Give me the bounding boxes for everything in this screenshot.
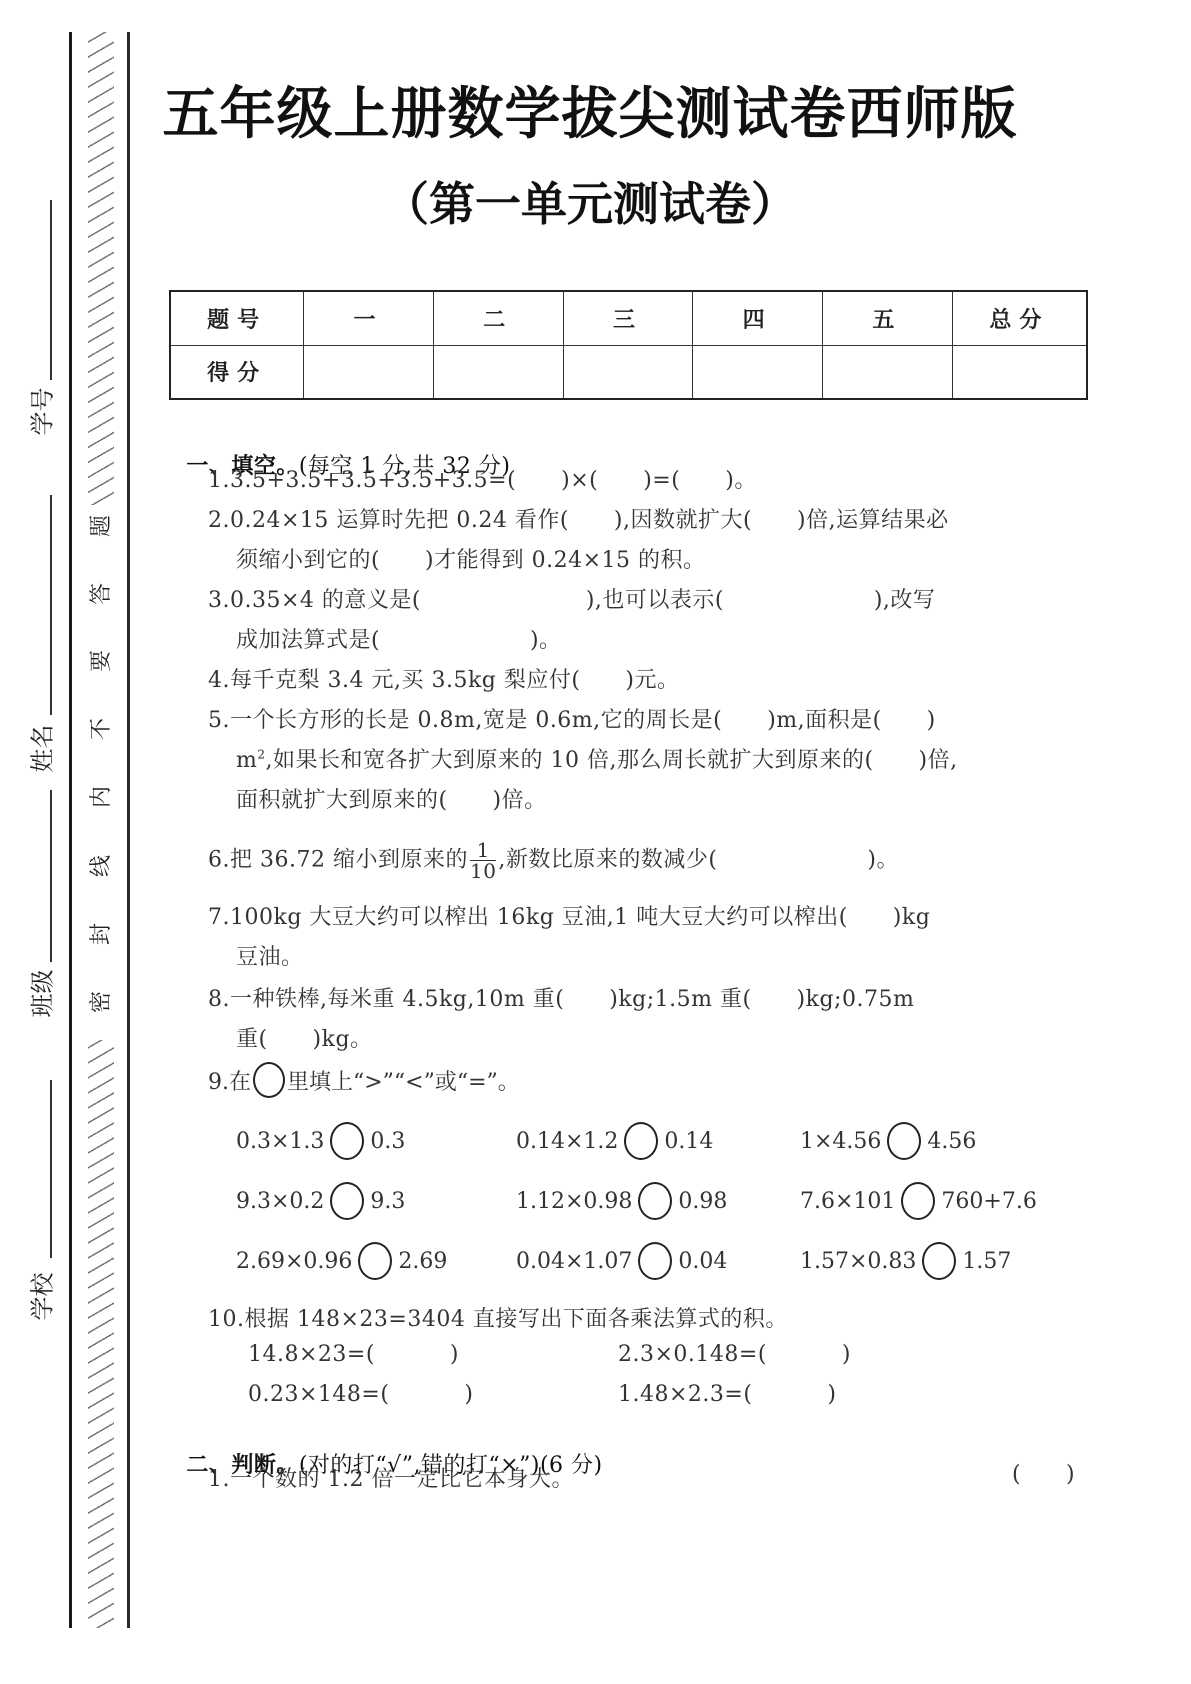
question-5-line3: 面积就扩大到原来的( )倍。: [236, 783, 547, 814]
comparison-left: 1×4.56: [800, 1129, 881, 1154]
answer-circle[interactable]: [901, 1182, 935, 1220]
class-line[interactable]: [50, 790, 52, 962]
question-5-line2-text: ,如果长和宽各扩大到原来的 10 倍,那么周长就扩大到原来的( )倍,: [266, 748, 958, 773]
column-header: 三: [563, 291, 693, 345]
comparison-left: 0.04×1.07: [516, 1249, 632, 1274]
column-header: 一: [304, 291, 434, 345]
seal-char: 要: [88, 647, 116, 675]
fraction-one-tenth: 110: [470, 840, 496, 881]
answer-circle[interactable]: [638, 1182, 672, 1220]
seal-char: 线: [88, 852, 116, 880]
comparison-item: 1.12×0.980.98: [516, 1182, 727, 1220]
circle-icon: [253, 1062, 285, 1098]
comparison-right: 760+7.6: [941, 1189, 1036, 1214]
page-subtitle: （第一单元测试卷）: [150, 168, 1030, 234]
score-cell[interactable]: [433, 345, 563, 399]
question-5-line1: 5.一个长方形的长是 0.8m,宽是 0.6m,它的周长是( )m,面积是( ): [208, 703, 936, 734]
binding-line-inner: [127, 32, 130, 1628]
comparison-item: 9.3×0.29.3: [236, 1182, 405, 1220]
comparison-right: 1.57: [962, 1249, 1011, 1274]
question-8-line2: 重( )kg。: [236, 1022, 373, 1053]
question-1: 1.3.5+3.5+3.5+3.5+3.5=( )×( )=( )。: [208, 463, 757, 494]
comparison-item: 1×4.564.56: [800, 1122, 976, 1160]
comparison-item: 0.3×1.30.3: [236, 1122, 405, 1160]
answer-circle[interactable]: [922, 1242, 956, 1280]
comparison-item: 0.04×1.070.04: [516, 1242, 727, 1280]
product-item: 2.3×0.148=( ): [618, 1342, 851, 1367]
answer-circle[interactable]: [887, 1122, 921, 1160]
class-label: 班级: [23, 978, 58, 1018]
column-header: 二: [433, 291, 563, 345]
question-9-pre: 9.在: [208, 1065, 251, 1096]
comparison-right: 9.3: [370, 1189, 405, 1214]
question-6-post: ,新数比原来的数减少( )。: [498, 848, 899, 873]
product-item: 1.48×2.3=( ): [618, 1382, 836, 1407]
answer-circle[interactable]: [330, 1122, 364, 1160]
unit-exponent: 2: [257, 748, 265, 762]
unit-m: m: [236, 748, 257, 773]
question-9: 9.在里填上“>”“<”或“=”。: [208, 1062, 520, 1098]
question-2-line1: 2.0.24×15 运算时先把 0.24 看作( ),因数就扩大( )倍,运算结…: [208, 503, 949, 534]
score-cell[interactable]: [563, 345, 693, 399]
question-6: 6.把 36.72 缩小到原来的110,新数比原来的数减少( )。: [208, 840, 899, 881]
seal-char: 题: [88, 512, 116, 540]
school-line[interactable]: [50, 1080, 52, 1258]
answer-circle[interactable]: [624, 1122, 658, 1160]
header-label-cell: 题号: [170, 291, 304, 345]
comparison-right: 0.14: [664, 1129, 713, 1154]
score-cell[interactable]: [304, 345, 434, 399]
comparison-left: 1.12×0.98: [516, 1189, 632, 1214]
comparison-right: 4.56: [927, 1129, 976, 1154]
comparison-right: 0.3: [370, 1129, 405, 1154]
seal-char: 不: [88, 715, 116, 743]
answer-circle[interactable]: [330, 1182, 364, 1220]
column-header: 四: [693, 291, 823, 345]
comparison-right: 2.69: [398, 1249, 447, 1274]
comparison-item: 1.57×0.831.57: [800, 1242, 1011, 1280]
question-4: 4.每千克梨 3.4 元,买 3.5kg 梨应付( )元。: [208, 663, 679, 694]
score-table-header-row: 题号 一 二 三 四 五 总分: [170, 291, 1087, 345]
student-number-label: 学号: [23, 396, 58, 436]
question-6-pre: 6.把 36.72 缩小到原来的: [208, 848, 468, 873]
score-table-score-row: 得分: [170, 345, 1087, 399]
name-line[interactable]: [50, 495, 52, 715]
row-label-cell: 得分: [170, 345, 304, 399]
score-cell[interactable]: [823, 345, 953, 399]
question-2-line2: 须缩小到它的( )才能得到 0.24×15 的积。: [236, 543, 706, 574]
comparison-item: 2.69×0.962.69: [236, 1242, 447, 1280]
comparison-left: 0.3×1.3: [236, 1129, 324, 1154]
judge-question-1: 1.一个数的 1.2 倍一定比它本身大。: [208, 1462, 574, 1493]
page-title: 五年级上册数学拔尖测试卷西师版: [150, 70, 1030, 150]
seal-char: 内: [88, 783, 116, 811]
score-cell[interactable]: [693, 345, 823, 399]
comparison-item: 7.6×101760+7.6: [800, 1182, 1037, 1220]
binding-line-outer: [69, 32, 72, 1628]
student-number-line[interactable]: [50, 200, 52, 380]
school-label: 学校: [23, 1281, 58, 1321]
comparison-item: 0.14×1.20.14: [516, 1122, 713, 1160]
score-cell[interactable]: [952, 345, 1087, 399]
question-7-line2: 豆油。: [236, 940, 304, 971]
fraction-numerator: 1: [470, 840, 496, 861]
column-header: 五: [823, 291, 953, 345]
question-3-line1: 3.0.35×4 的意义是( ),也可以表示( ),改写: [208, 583, 935, 614]
comparison-left: 9.3×0.2: [236, 1189, 324, 1214]
comparison-right: 0.98: [678, 1189, 727, 1214]
binding-margin: 题 答 要 不 内 线 封 密 学号 姓名 班级 学校: [0, 0, 140, 1684]
product-item: 14.8×23=( ): [248, 1342, 459, 1367]
comparison-right: 0.04: [678, 1249, 727, 1274]
comparison-left: 7.6×101: [800, 1189, 895, 1214]
score-table: 题号 一 二 三 四 五 总分 得分: [169, 290, 1088, 400]
product-item: 0.23×148=( ): [248, 1382, 473, 1407]
answer-circle[interactable]: [638, 1242, 672, 1280]
seal-char: 封: [88, 920, 116, 948]
name-label: 姓名: [23, 733, 58, 773]
answer-circle[interactable]: [358, 1242, 392, 1280]
question-7-line1: 7.100kg 大豆大约可以榨出 16kg 豆油,1 吨大豆大约可以榨出( )k…: [208, 900, 930, 931]
question-5-line2: m2,如果长和宽各扩大到原来的 10 倍,那么周长就扩大到原来的( )倍,: [236, 743, 958, 774]
question-8-line1: 8.一种铁棒,每米重 4.5kg,10m 重( )kg;1.5m 重( )kg;…: [208, 982, 914, 1013]
question-3-line2: 成加法算式是( )。: [236, 623, 562, 654]
comparison-left: 0.14×1.2: [516, 1129, 618, 1154]
comparison-left: 1.57×0.83: [800, 1249, 916, 1274]
seal-char: 答: [88, 580, 116, 608]
question-9-post: 里填上“>”“<”或“=”。: [287, 1065, 520, 1096]
judge-answer-blank[interactable]: ( ): [1012, 1462, 1075, 1487]
seal-char: 密: [88, 988, 116, 1016]
question-10: 10.根据 148×23=3404 直接写出下面各乘法算式的积。: [208, 1302, 788, 1333]
fraction-denominator: 10: [470, 861, 496, 881]
comparison-left: 2.69×0.96: [236, 1249, 352, 1274]
column-header: 总分: [952, 291, 1087, 345]
